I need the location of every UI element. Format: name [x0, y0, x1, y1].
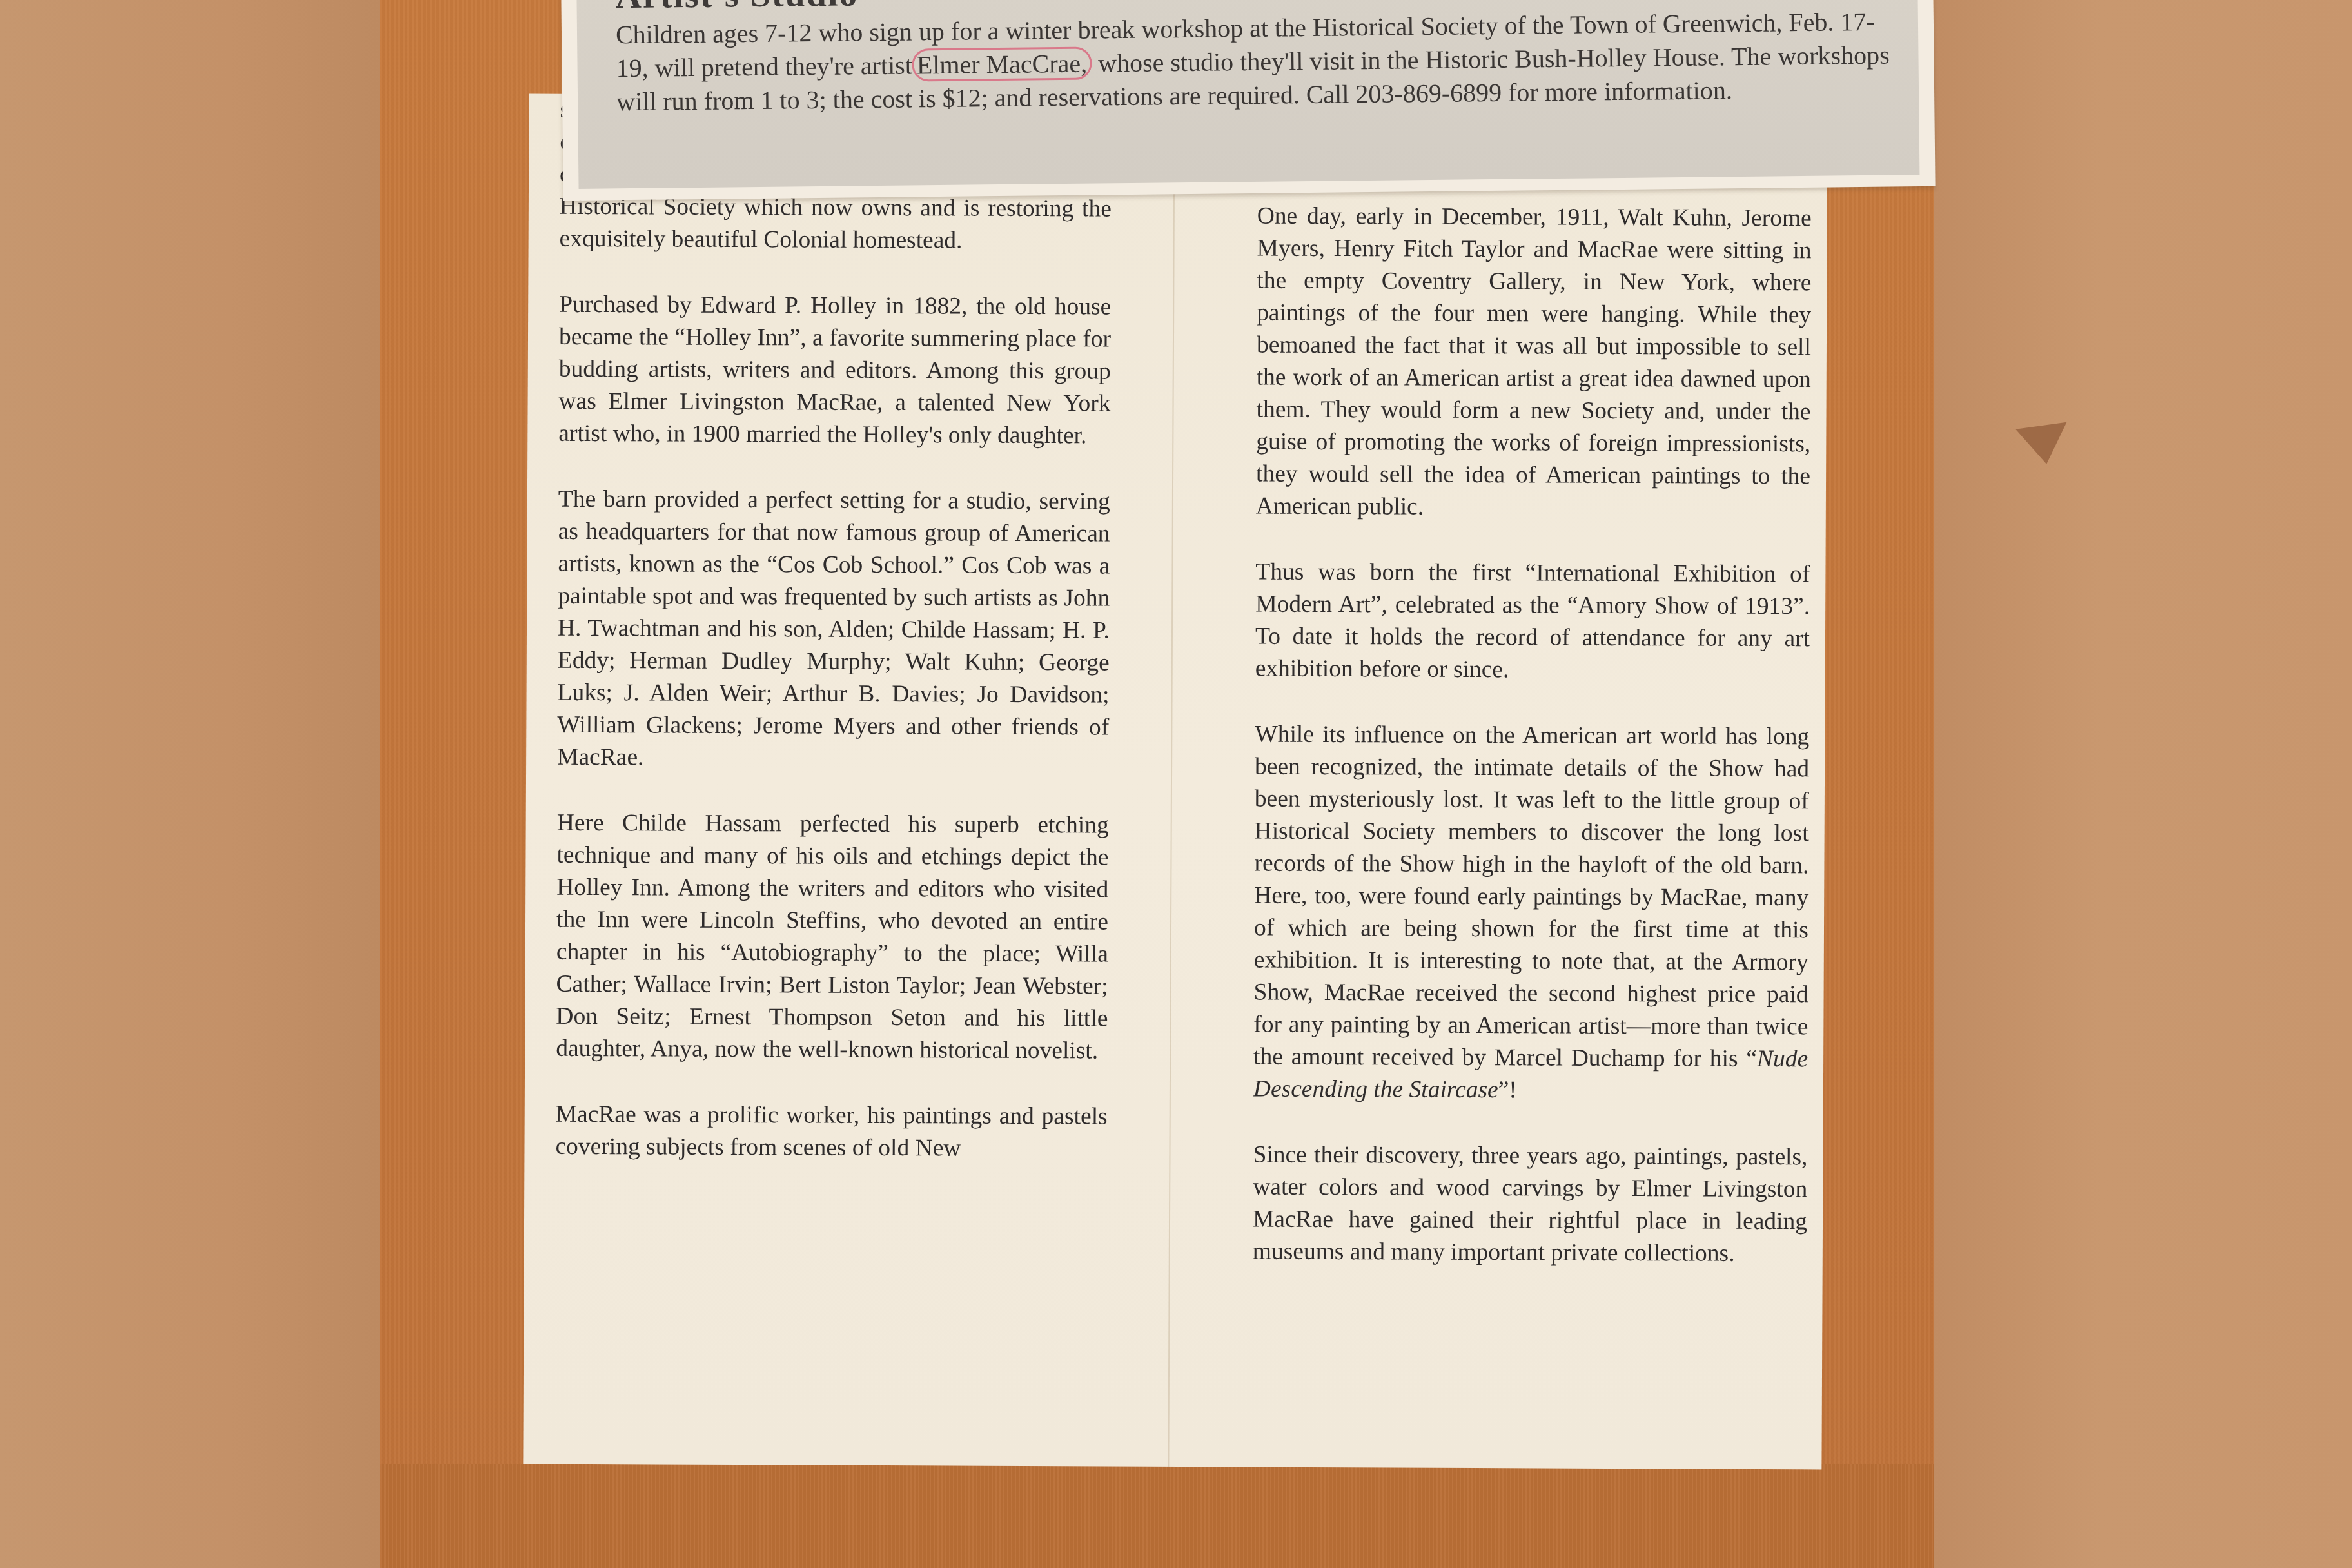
backing-board-right	[1934, 0, 2352, 1568]
paper-tear	[2015, 422, 2072, 468]
document-sheet: stands an ancient barn. Here, under near…	[523, 94, 1827, 1470]
paragraph-armory-show: Thus was born the first “International E…	[1255, 556, 1810, 688]
right-column: One day, early in December, 1911, Walt K…	[1252, 201, 1811, 1304]
paragraph-coventry-gallery: One day, early in December, 1911, Walt K…	[1256, 201, 1812, 525]
frame-tape-bottom	[380, 1464, 1934, 1568]
clipping-text: Children ages 7-12 who sign up for a win…	[616, 5, 1894, 119]
backing-board-left	[0, 0, 380, 1568]
clipping-body: Artist's Studio Children ages 7-12 who s…	[576, 0, 1919, 189]
paragraph-cos-cob: The barn provided a perfect setting for …	[557, 484, 1110, 776]
paragraph-closing: Since their discovery, three years ago, …	[1253, 1139, 1808, 1271]
clipping-heading: Artist's Studio	[615, 0, 859, 17]
paragraph-prolific: MacRae was a prolific worker, his painti…	[555, 1099, 1107, 1166]
newspaper-clipping: Artist's Studio Children ages 7-12 who s…	[561, 0, 1935, 201]
paragraph-hassam: Here Childe Hassam perfected his superb …	[556, 807, 1109, 1068]
circled-name-annotation: Elmer MacCrae,	[912, 47, 1092, 82]
paragraph-holley-inn: Purchased by Edward P. Holley in 1882, t…	[558, 289, 1111, 453]
left-column: stands an ancient barn. Here, under near…	[555, 94, 1112, 1199]
fold-line	[1168, 97, 1175, 1467]
paragraph-influence: While its influence on the American art …	[1253, 719, 1810, 1108]
